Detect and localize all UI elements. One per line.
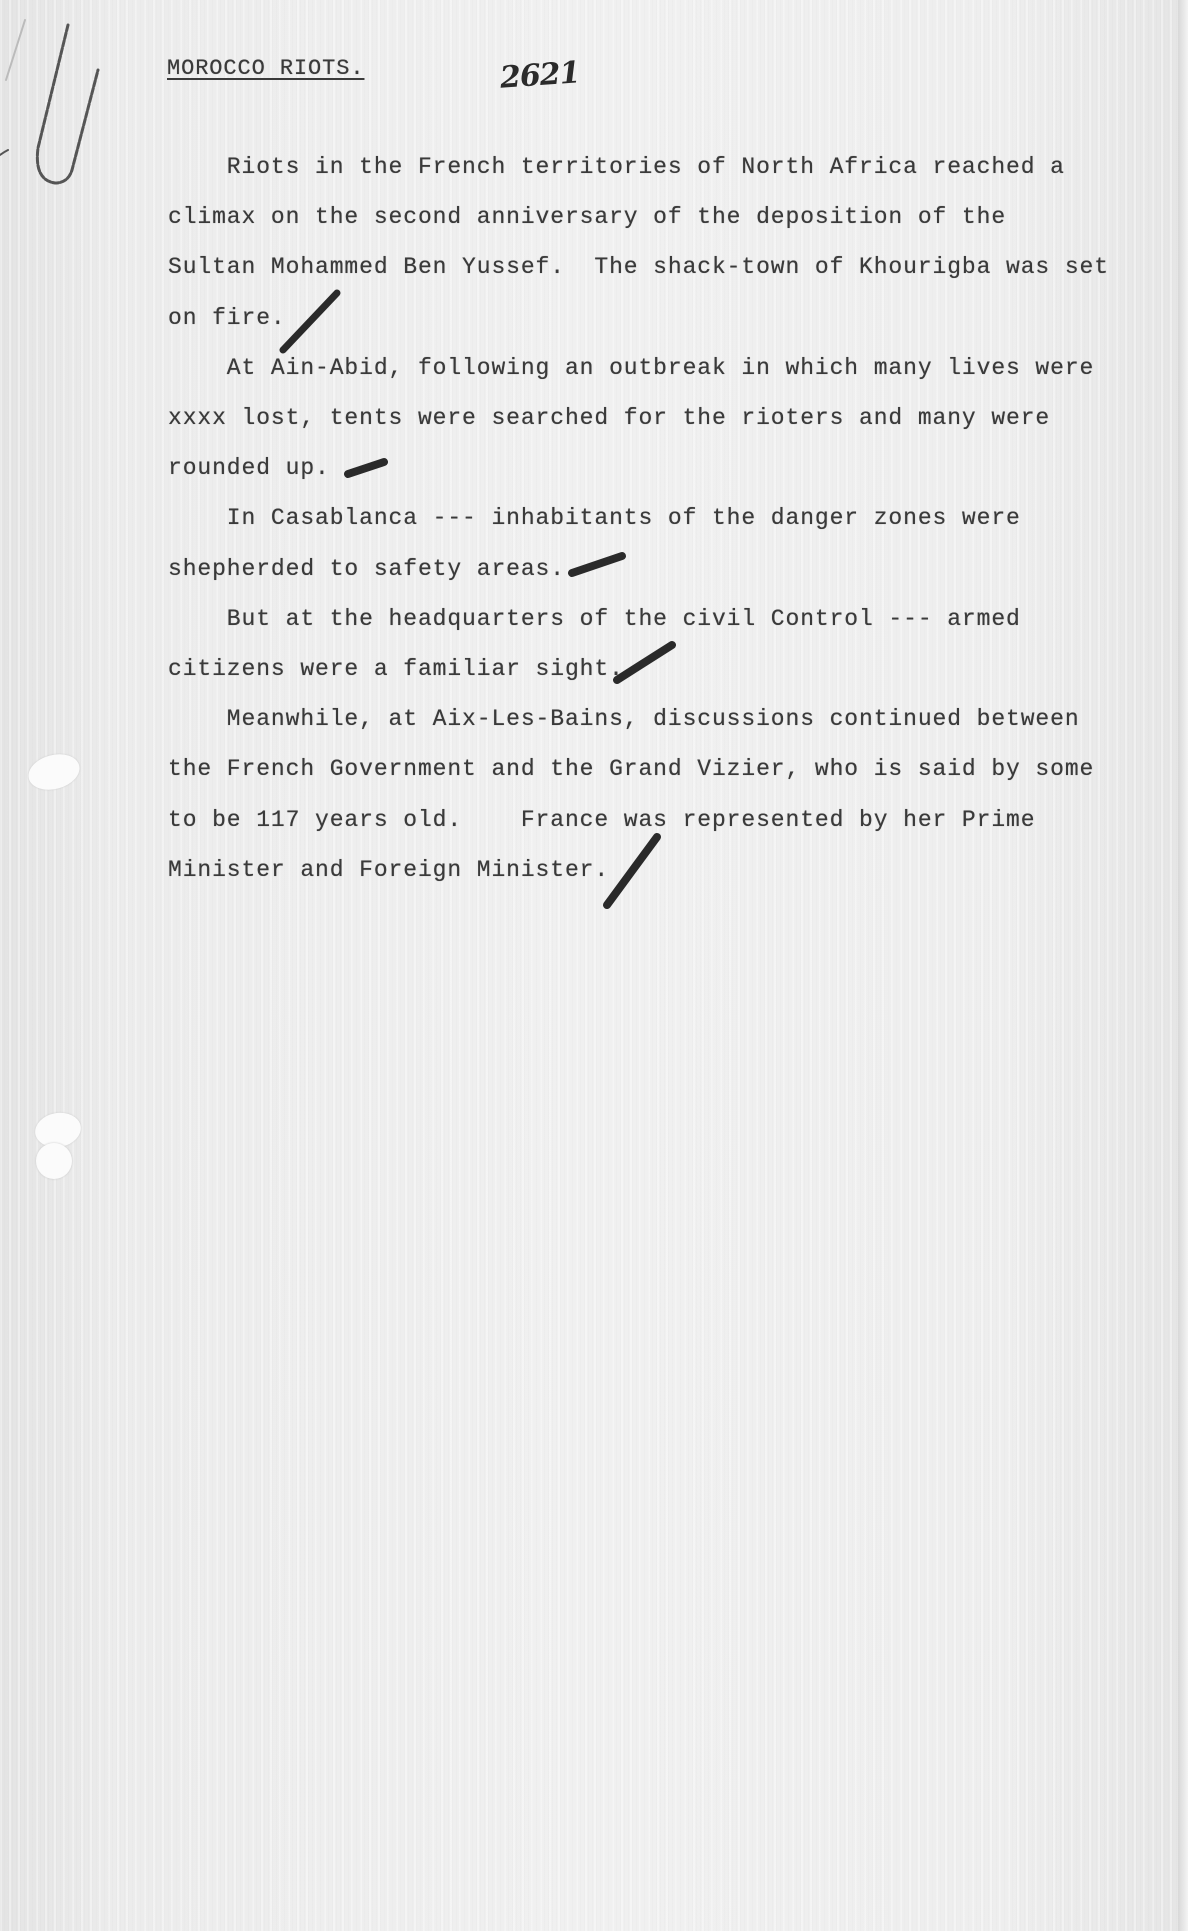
text-line: citizens were a familiar sight. — [168, 658, 624, 681]
text-line: climax on the second anniversary of the … — [168, 206, 1006, 229]
handwritten-number: 2621 — [499, 55, 581, 95]
text-line: But at the headquarters of the civil Con… — [168, 608, 1021, 631]
text-line: the French Government and the Grand Vizi… — [168, 758, 1094, 781]
text-line: Sultan Mohammed Ben Yussef. The shack-to… — [168, 256, 1109, 279]
text-line: xxxx lost, tents were searched for the r… — [168, 407, 1050, 430]
text-line: At Ain-Abid, following an outbreak in wh… — [168, 357, 1094, 380]
text-line: shepherded to safety areas. — [168, 558, 565, 581]
paperclip-icon — [0, 20, 98, 183]
text-line: Meanwhile, at Aix-Les-Bains, discussions… — [168, 708, 1080, 731]
text-line: Minister and Foreign Minister. — [168, 859, 609, 882]
text-line: to be 117 years old. France was represen… — [168, 809, 1035, 832]
text-line: rounded up. — [168, 457, 330, 480]
text-line: on fire. — [168, 307, 286, 330]
annotation-marks — [0, 0, 1188, 1931]
text-line: In Casablanca --- inhabitants of the dan… — [168, 507, 1021, 530]
text-line: Riots in the French territories of North… — [168, 156, 1065, 179]
document-title: MOROCCO RIOTS. — [167, 58, 364, 80]
